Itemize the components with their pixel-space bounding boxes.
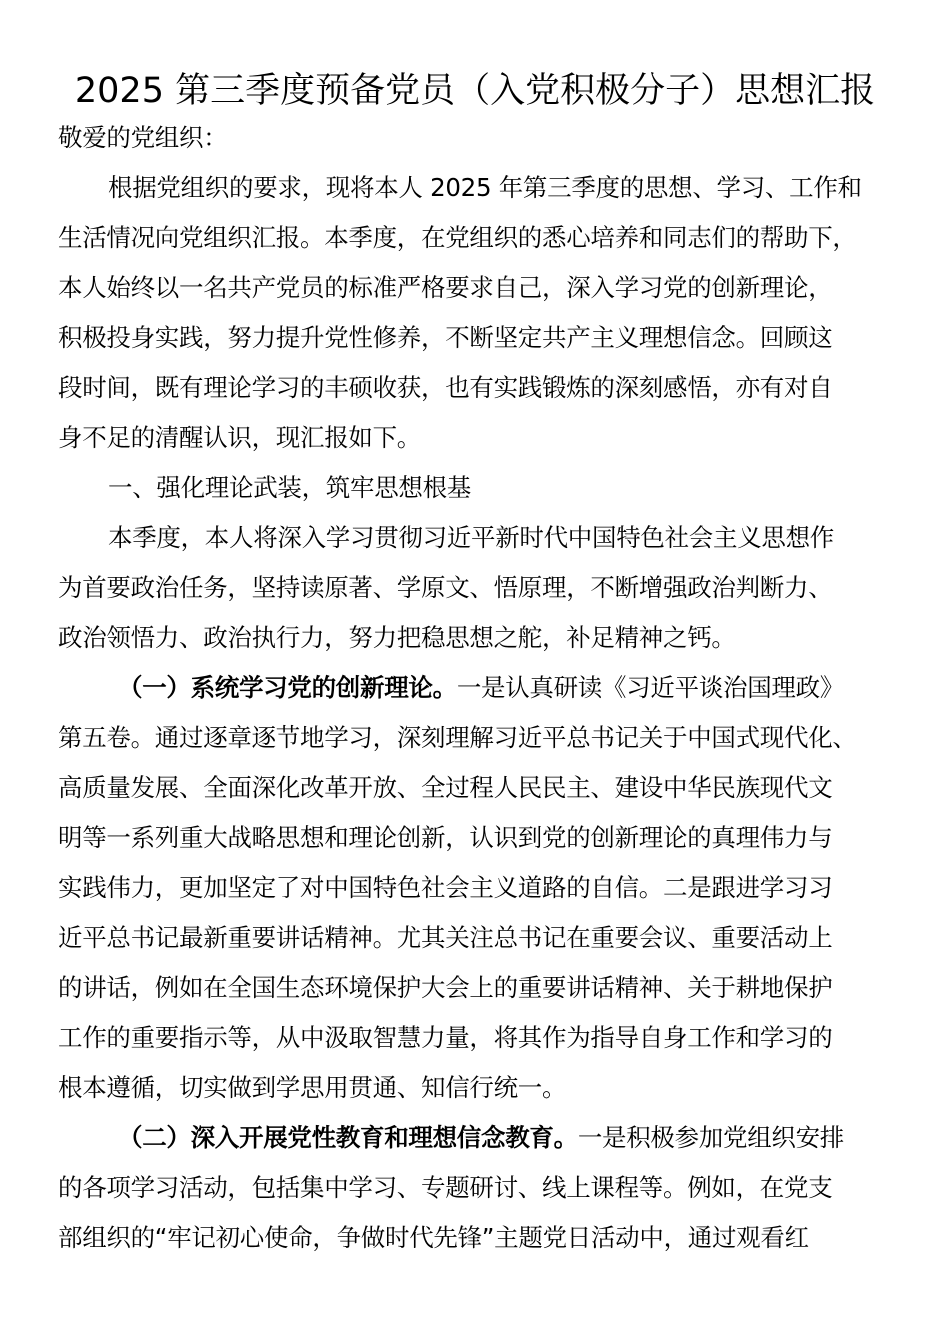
- section-heading: 一、强化理论武装，筑牢思想根基: [108, 463, 938, 513]
- subheading: （一）系统学习党的创新理论。: [118, 673, 457, 702]
- paragraph-line: 身不足的清醒认识，现汇报如下。: [58, 413, 888, 463]
- paragraph-line: 第五卷。通过逐章逐节地学习，深刻理解习近平总书记关于中国式现代化、: [58, 713, 888, 763]
- paragraph-line: 本季度，本人将深入学习贯彻习近平新时代中国特色社会主义思想作: [108, 513, 938, 563]
- paragraph-line: （一）系统学习党的创新理论。一是认真研读《习近平谈治国理政》: [118, 663, 948, 713]
- paragraph-line: 近平总书记最新重要讲话精神。尤其关注总书记在重要会议、重要活动上: [58, 913, 888, 963]
- paragraph-line: 生活情况向党组织汇报。本季度，在党组织的悉心培养和同志们的帮助下，: [58, 213, 888, 263]
- paragraph-line: 明等一系列重大战略思想和理论创新，认识到党的创新理论的真理伟力与: [58, 813, 888, 863]
- paragraph-line: 高质量发展、全面深化改革开放、全过程人民民主、建设中华民族现代文: [58, 763, 888, 813]
- paragraph-line: 为首要政治任务，坚持读原著、学原文、悟原理，不断增强政治判断力、: [58, 563, 888, 613]
- salutation: 敬爱的党组织：: [58, 113, 888, 163]
- paragraph-line: 段时间，既有理论学习的丰硕收获，也有实践锻炼的深刻感悟，亦有对自: [58, 363, 888, 413]
- paragraph-line: 的讲话，例如在全国生态环境保护大会上的重要讲话精神、关于耕地保护: [58, 963, 888, 1013]
- paragraph-line: 积极投身实践，努力提升党性修养，不断坚定共产主义理想信念。回顾这: [58, 313, 888, 363]
- paragraph-text: 一是认真研读《习近平谈治国理政》: [457, 673, 844, 702]
- document-page: 2025 第三季度预备党员（入党积极分子）思想汇报 敬爱的党组织： 根据党组织的…: [0, 0, 950, 1344]
- paragraph-line: （二）深入开展党性教育和理想信念教育。一是积极参加党组织安排: [118, 1113, 948, 1163]
- paragraph-line: 部组织的“牢记初心使命，争做时代先锋”主题党日活动中，通过观看红: [58, 1213, 888, 1263]
- subheading: （二）深入开展党性教育和理想信念教育。: [118, 1123, 578, 1152]
- paragraph-line: 实践伟力，更加坚定了对中国特色社会主义道路的自信。二是跟进学习习: [58, 863, 888, 913]
- document-title: 2025 第三季度预备党员（入党积极分子）思想汇报: [0, 66, 950, 116]
- paragraph-line: 根本遵循，切实做到学思用贯通、知信行统一。: [58, 1063, 888, 1113]
- paragraph-line: 政治领悟力、政治执行力，努力把稳思想之舵，补足精神之钙。: [58, 613, 888, 663]
- paragraph-text: 一是积极参加党组织安排: [578, 1123, 844, 1152]
- paragraph-line: 本人始终以一名共产党员的标准严格要求自己，深入学习党的创新理论，: [58, 263, 888, 313]
- paragraph-line: 根据党组织的要求，现将本人 2025 年第三季度的思想、学习、工作和: [108, 163, 938, 213]
- paragraph-line: 的各项学习活动，包括集中学习、专题研讨、线上课程等。例如，在党支: [58, 1163, 888, 1213]
- paragraph-line: 工作的重要指示等，从中汲取智慧力量，将其作为指导自身工作和学习的: [58, 1013, 888, 1063]
